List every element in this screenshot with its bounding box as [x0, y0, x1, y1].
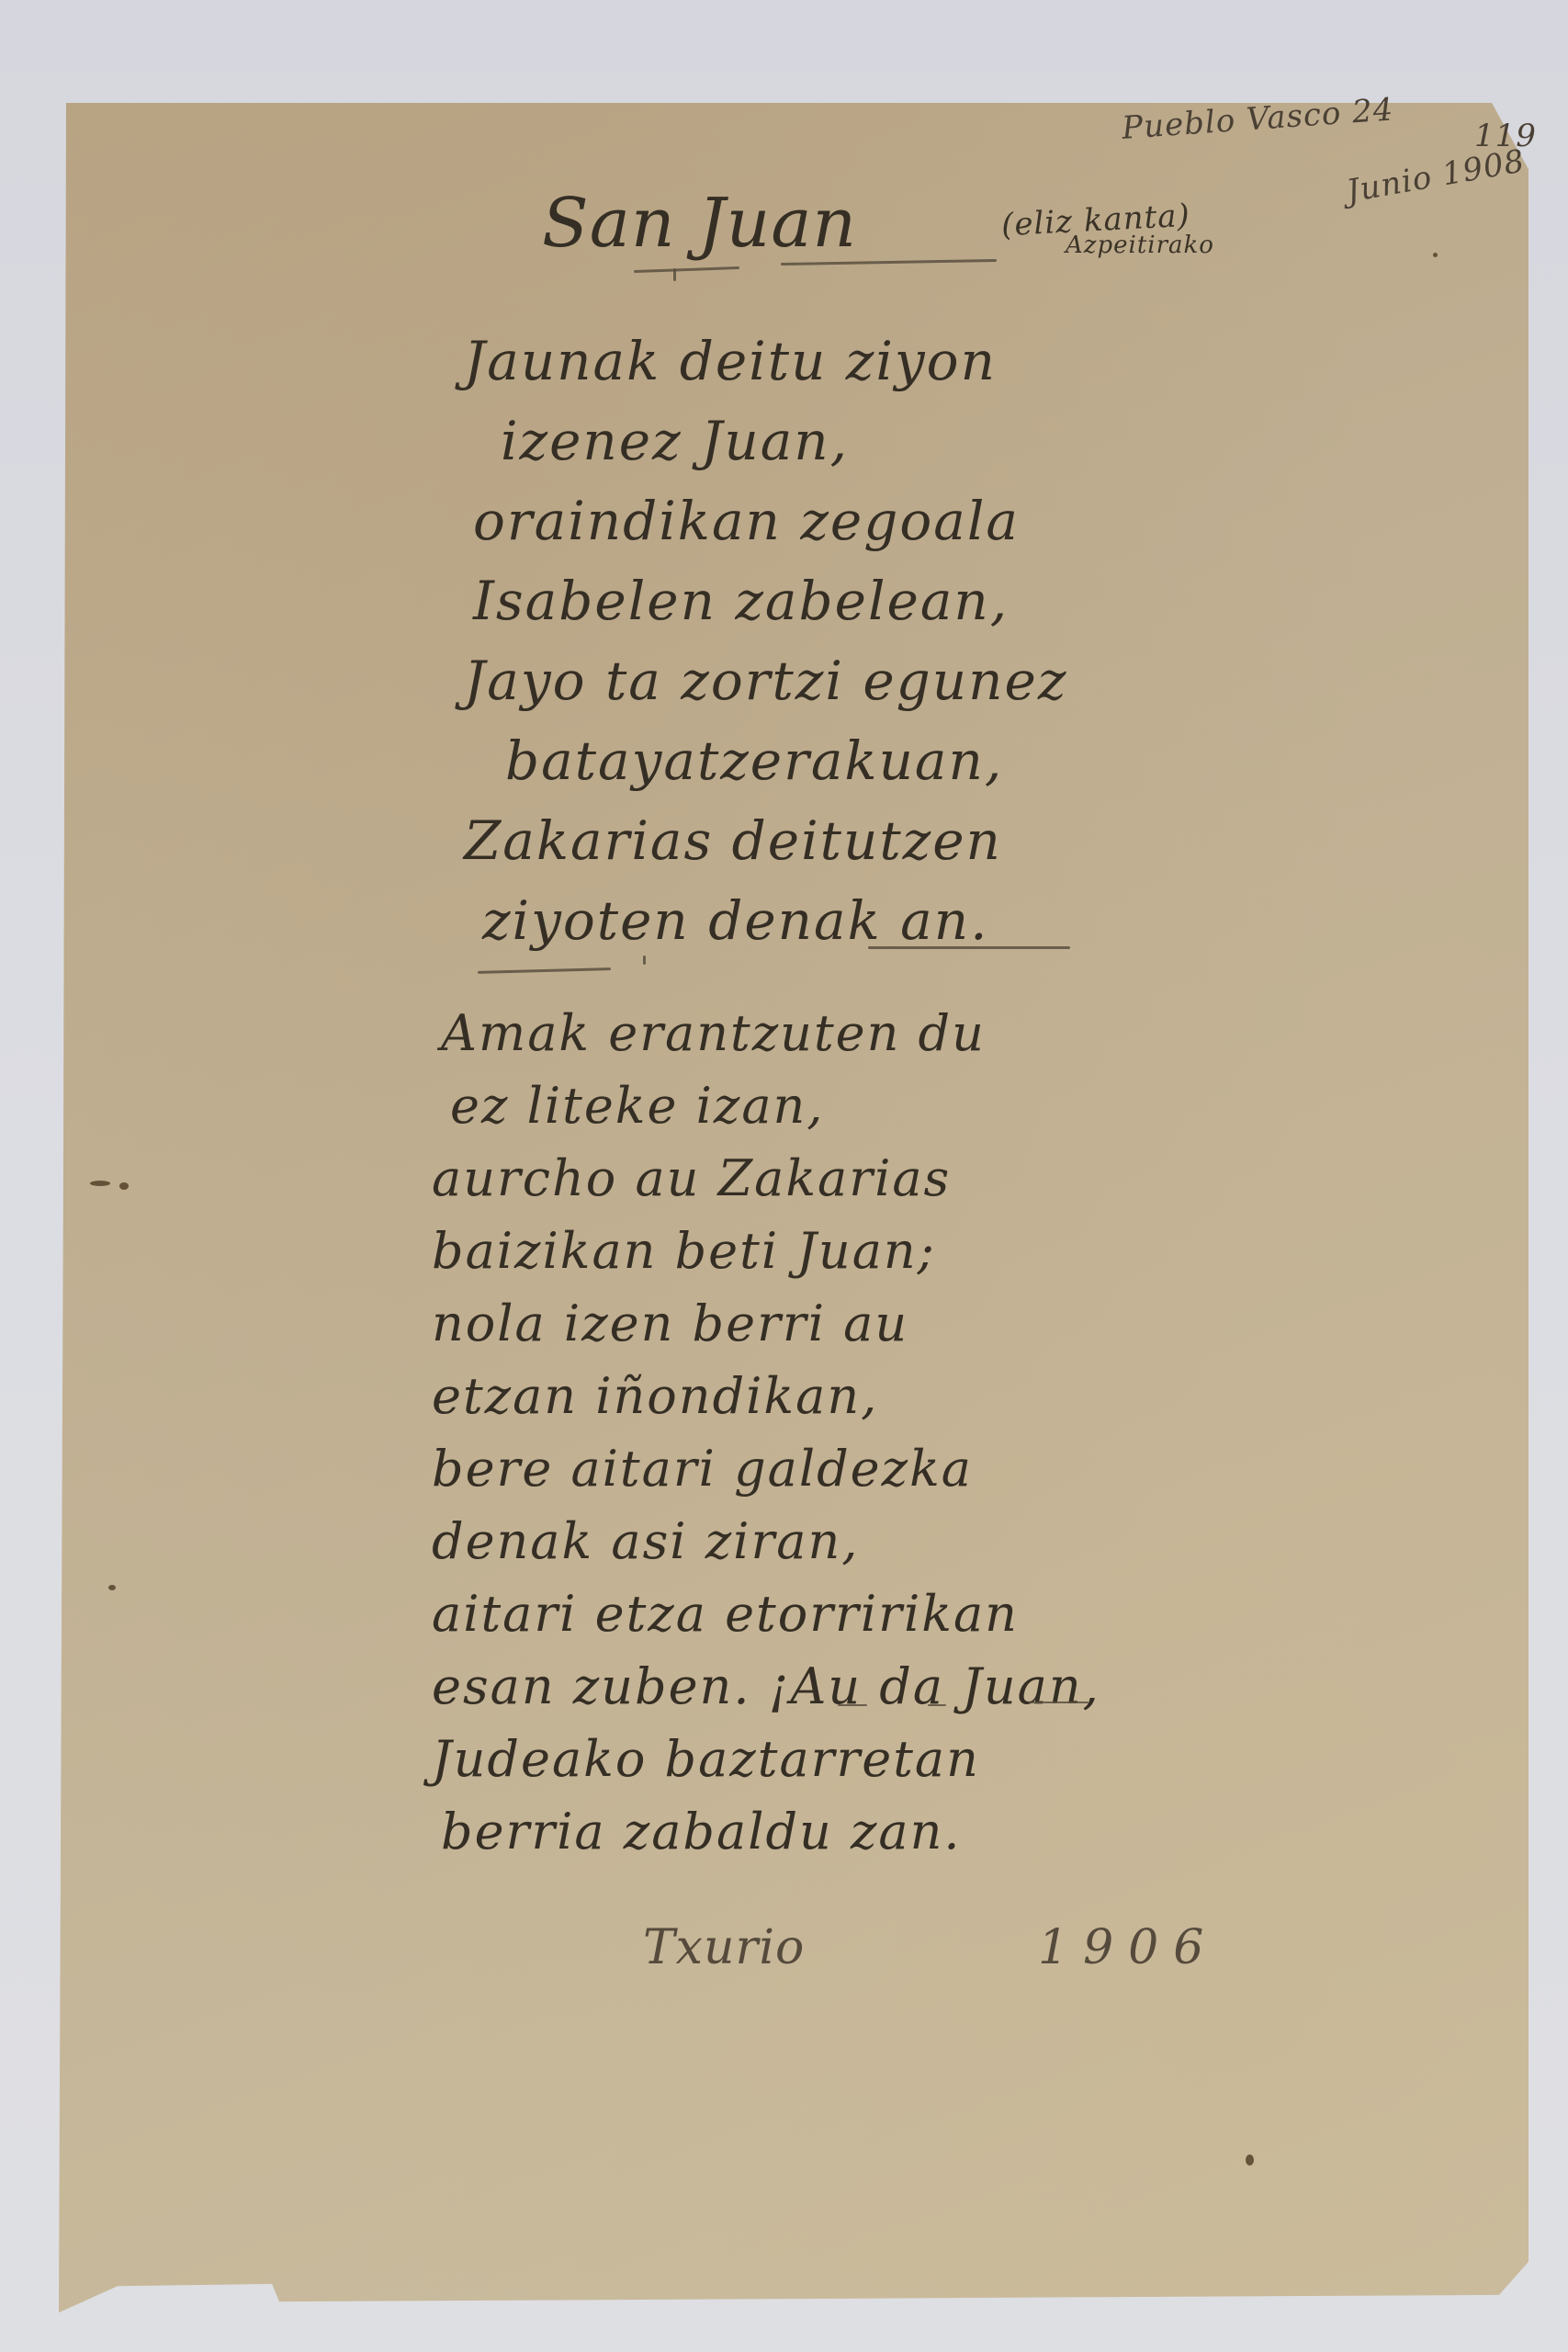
- stanza-1-line: oraindikan zegoala: [464, 481, 1067, 561]
- ink-blot: [90, 1181, 110, 1186]
- ink-blot: [1433, 253, 1438, 257]
- title-tick: [673, 268, 676, 281]
- stanza-1-line: Jayo ta zortzi egunez: [464, 641, 1067, 721]
- stanza-2-line: denak asi ziran,: [432, 1505, 1100, 1577]
- poem-subtitle-place: Azpeitirako: [1066, 232, 1214, 259]
- stanza-2-line: Amak erantzuten du: [432, 997, 1100, 1069]
- stanza-2: Amak erantzuten du ez liteke izan, aurch…: [432, 997, 1100, 1868]
- stanza-1: Jaunak deitu ziyon izenez Juan, oraindik…: [464, 322, 1067, 961]
- phrase-underline-au: [838, 1704, 867, 1706]
- ink-blot: [1246, 2154, 1254, 2165]
- ink-blot: [119, 1182, 129, 1190]
- stanza-2-line: aitari etza etorririkan: [432, 1577, 1100, 1650]
- stanza-2-line: nola izen berri au: [432, 1287, 1100, 1360]
- phrase-underline-juan: [1029, 1702, 1089, 1703]
- stanza-2-line: bere aitari galdezka: [432, 1432, 1100, 1505]
- stanza-1-line: Zakarias deitutzen: [464, 801, 1067, 881]
- stanza-2-line: esan zuben. ¡Au da Juan,: [432, 1650, 1100, 1723]
- stanza-1-line: Isabelen zabelean,: [464, 561, 1067, 641]
- poem-title: San Juan: [542, 184, 857, 263]
- stanza-1-line: batayatzerakuan,: [464, 721, 1067, 801]
- stanza-2-line: ez liteke izan,: [432, 1069, 1100, 1142]
- stanza-1-line: Jaunak deitu ziyon: [464, 322, 1067, 401]
- stanza-2-line: berria zabaldu zan.: [432, 1795, 1100, 1868]
- signature: Txurio: [643, 1920, 805, 1975]
- stanza-2-line: Judeako baztarretan: [432, 1723, 1100, 1795]
- ink-blot: [108, 1585, 116, 1590]
- stanza-2-line: aurcho au Zakarias: [432, 1142, 1100, 1215]
- stanza-divider-tick: [643, 955, 646, 965]
- signature-year: 1906: [1038, 1920, 1218, 1975]
- stanza-divider-right: [868, 946, 1070, 949]
- stanza-1-line: izenez Juan,: [464, 401, 1067, 481]
- stanza-2-line: baizikan beti Juan;: [432, 1215, 1100, 1287]
- phrase-underline-da: [928, 1704, 946, 1706]
- stanza-2-line: etzan iñondikan,: [432, 1360, 1100, 1432]
